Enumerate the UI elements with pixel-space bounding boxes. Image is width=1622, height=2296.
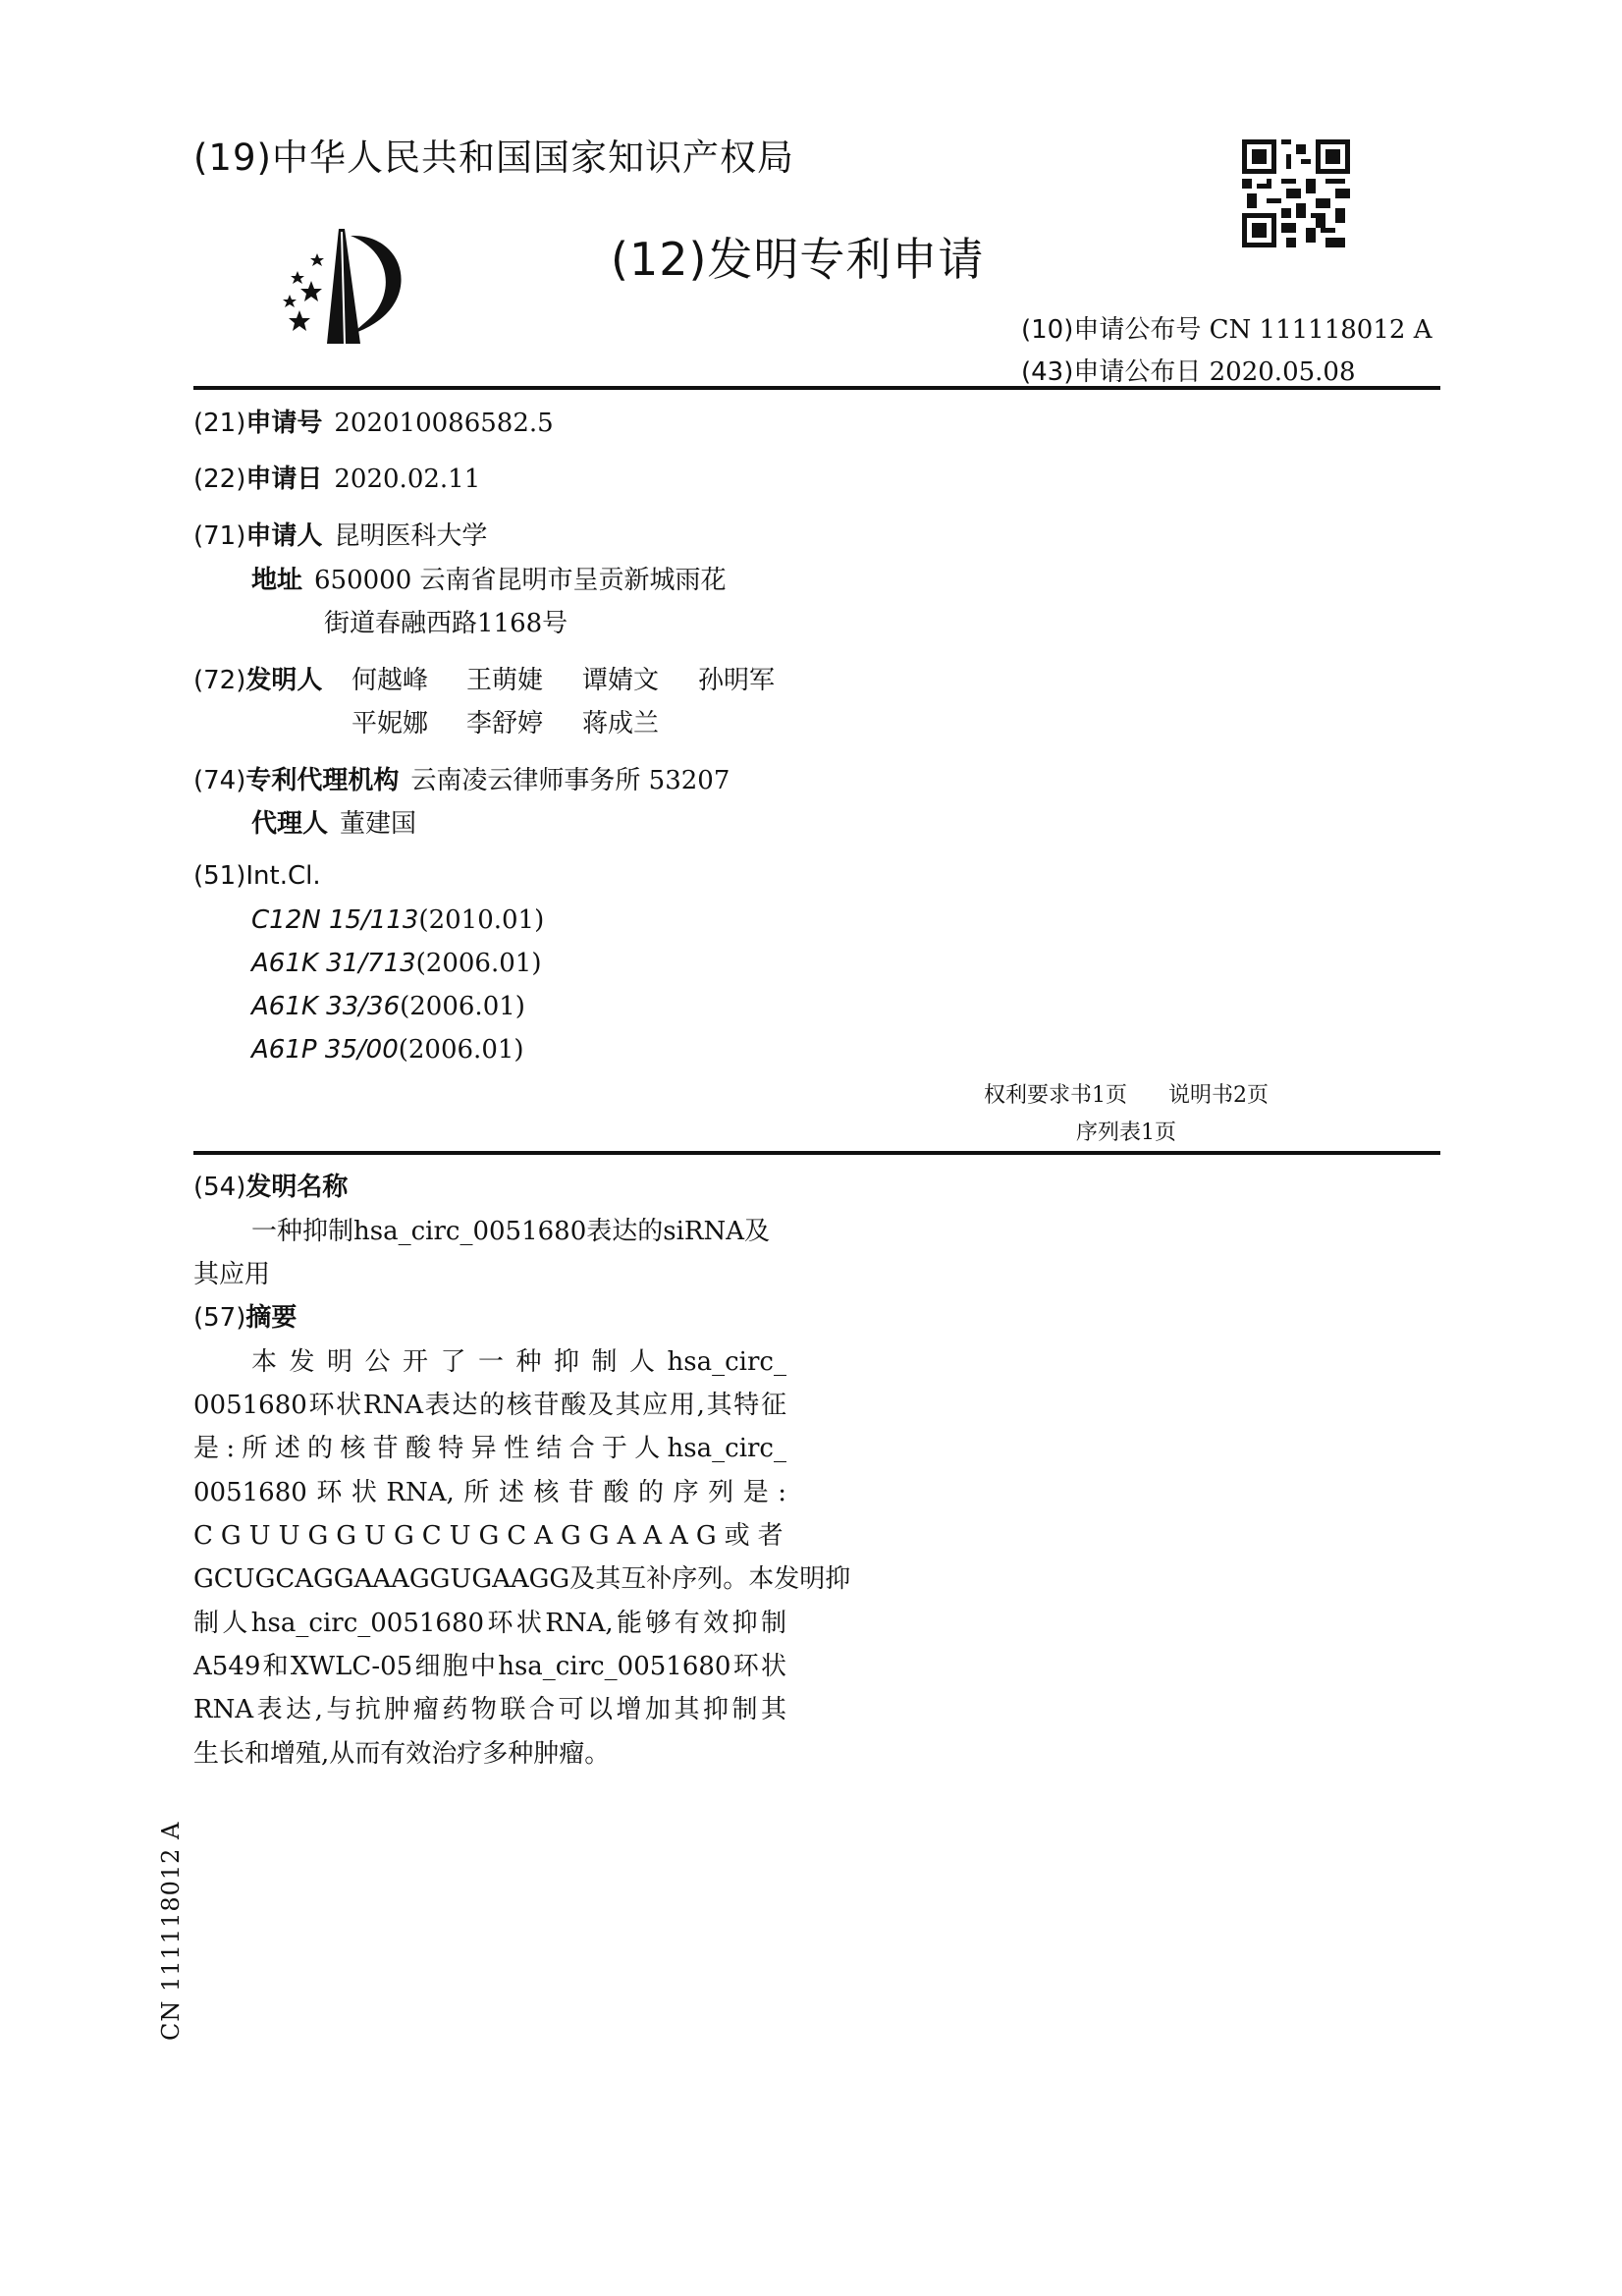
address-label: 地址 — [251, 566, 302, 595]
application-number-value: 202010086582.5 — [334, 409, 553, 438]
applicant-field: (71)申请人昆明医科大学 — [193, 516, 487, 552]
ipc-version: (2006.01) — [416, 949, 542, 978]
ipc-version: (2010.01) — [418, 905, 544, 935]
field-label: 专利代理机构 — [245, 766, 399, 795]
publication-date: (43)申请公布日 2020.05.08 — [1021, 352, 1356, 388]
ipc-code: A61K 31/713 — [251, 949, 416, 978]
title-heading: (54)发明名称 — [193, 1167, 348, 1203]
description-page-count: 说明书2页 — [1168, 1078, 1269, 1109]
side-publication-number: CN 111118012 A — [157, 1822, 185, 2041]
field-label: 申请号 — [245, 409, 322, 438]
ipc-class: A61K 33/36(2006.01) — [251, 992, 525, 1021]
agency-value: 云南凌云律师事务所 53207 — [410, 766, 730, 795]
field-label: 摘要 — [245, 1303, 297, 1333]
abstract-line: A549和XWLC-05细胞中hsa_circ_0051680环状 — [193, 1646, 786, 1682]
publication-date-label: (43)申请公布日 — [1021, 357, 1201, 387]
ipc-field: (51)Int.Cl. — [193, 861, 321, 891]
address-line-1: 650000 云南省昆明市呈贡新城雨花 — [314, 566, 727, 595]
inventor-name: 平妮娜 — [351, 703, 428, 739]
agency-field: (74)专利代理机构云南凌云律师事务所 53207 — [193, 760, 730, 796]
inventor-name: 王萌婕 — [466, 660, 543, 696]
ipc-code: A61P 35/00 — [251, 1035, 399, 1065]
field-label: 发明名称 — [245, 1173, 348, 1202]
field-code: (51) — [193, 861, 245, 891]
abstract-line: 0051680环状RNA,所述核苷酸的序列是: — [193, 1472, 786, 1508]
ipc-class: A61K 31/713(2006.01) — [251, 949, 541, 978]
inventors-field: (72)发明人 — [193, 660, 322, 696]
abstract-line: 0051680环状RNA表达的核苷酸及其应用,其特征 — [193, 1385, 786, 1421]
application-number-field: (21)申请号202010086582.5 — [193, 403, 554, 439]
ipc-version: (2006.01) — [399, 1035, 524, 1065]
issuing-office: (19)中华人民共和国国家知识产权局 — [193, 128, 794, 181]
field-label: 申请人 — [245, 521, 322, 551]
field-code: (57) — [193, 1303, 245, 1333]
invention-title-line-1: 一种抑制hsa_circ_0051680表达的siRNA及 — [251, 1211, 770, 1247]
inventor-name: 李舒婷 — [466, 703, 543, 739]
inventor-name: 蒋成兰 — [582, 703, 659, 739]
publication-number-value: CN 111118012 A — [1210, 315, 1433, 345]
cnipa-emblem-icon — [270, 224, 427, 347]
applicant-address: 地址650000 云南省昆明市呈贡新城雨花 — [251, 560, 727, 596]
abstract-line: 制人hsa_circ_0051680环状RNA,能够有效抑制 — [193, 1603, 786, 1639]
publication-date-value: 2020.05.08 — [1210, 357, 1356, 387]
field-code: (71) — [193, 521, 245, 551]
abstract-line: 本发明公开了一种抑制人hsa_circ_ — [251, 1341, 786, 1378]
ipc-code: A61K 33/36 — [251, 992, 400, 1021]
ipc-label: Int.Cl. — [245, 861, 320, 891]
ipc-class: A61P 35/00(2006.01) — [251, 1035, 524, 1065]
abstract-line: GCUGCAGGAAAGGUGAAGG及其互补序列。本发明抑 — [193, 1558, 786, 1595]
application-date-field: (22)申请日2020.02.11 — [193, 459, 480, 495]
address-line-2: 街道春融西路1168号 — [324, 603, 568, 639]
agent-label: 代理人 — [251, 809, 328, 839]
document-type-title: (12)发明专利申请 — [611, 224, 984, 289]
abstract-line: CGUUGGUGCUGCAGGAAAG或者 — [193, 1515, 786, 1552]
abstract-heading: (57)摘要 — [193, 1297, 297, 1334]
application-date-value: 2020.02.11 — [334, 465, 480, 494]
field-code: (21) — [193, 409, 245, 438]
field-label: 申请日 — [245, 465, 322, 494]
ipc-version: (2006.01) — [400, 992, 525, 1021]
ipc-code: C12N 15/113 — [251, 905, 418, 935]
inventor-name: 何越峰 — [351, 660, 428, 696]
field-code: (54) — [193, 1173, 245, 1202]
abstract-line: 生长和增殖,从而有效治疗多种肿瘤。 — [193, 1733, 786, 1770]
header-divider — [193, 386, 1440, 390]
publication-number: (10)申请公布号 CN 111118012 A — [1021, 309, 1432, 346]
sequence-listing-page-count: 序列表1页 — [1076, 1116, 1176, 1146]
qr-code-icon — [1242, 139, 1350, 247]
invention-title-line-2: 其应用 — [193, 1254, 270, 1290]
claims-page-count: 权利要求书1页 — [984, 1078, 1127, 1109]
ipc-class: C12N 15/113(2010.01) — [251, 905, 544, 935]
field-code: (74) — [193, 766, 245, 795]
abstract-line: 是:所述的核苷酸特异性结合于人hsa_circ_ — [193, 1428, 786, 1464]
inventor-name: 谭婧文 — [582, 660, 659, 696]
field-code: (72) — [193, 666, 245, 695]
abstract-line: RNA表达,与抗肿瘤药物联合可以增加其抑制其 — [193, 1689, 786, 1725]
agent-field: 代理人董建国 — [251, 803, 416, 840]
agent-value: 董建国 — [340, 809, 416, 839]
applicant-value: 昆明医科大学 — [334, 521, 487, 551]
field-code: (22) — [193, 465, 245, 494]
publication-number-label: (10)申请公布号 — [1021, 315, 1201, 345]
inventor-name: 孙明军 — [698, 660, 775, 696]
field-label: 发明人 — [245, 666, 322, 695]
section-divider — [193, 1151, 1440, 1155]
